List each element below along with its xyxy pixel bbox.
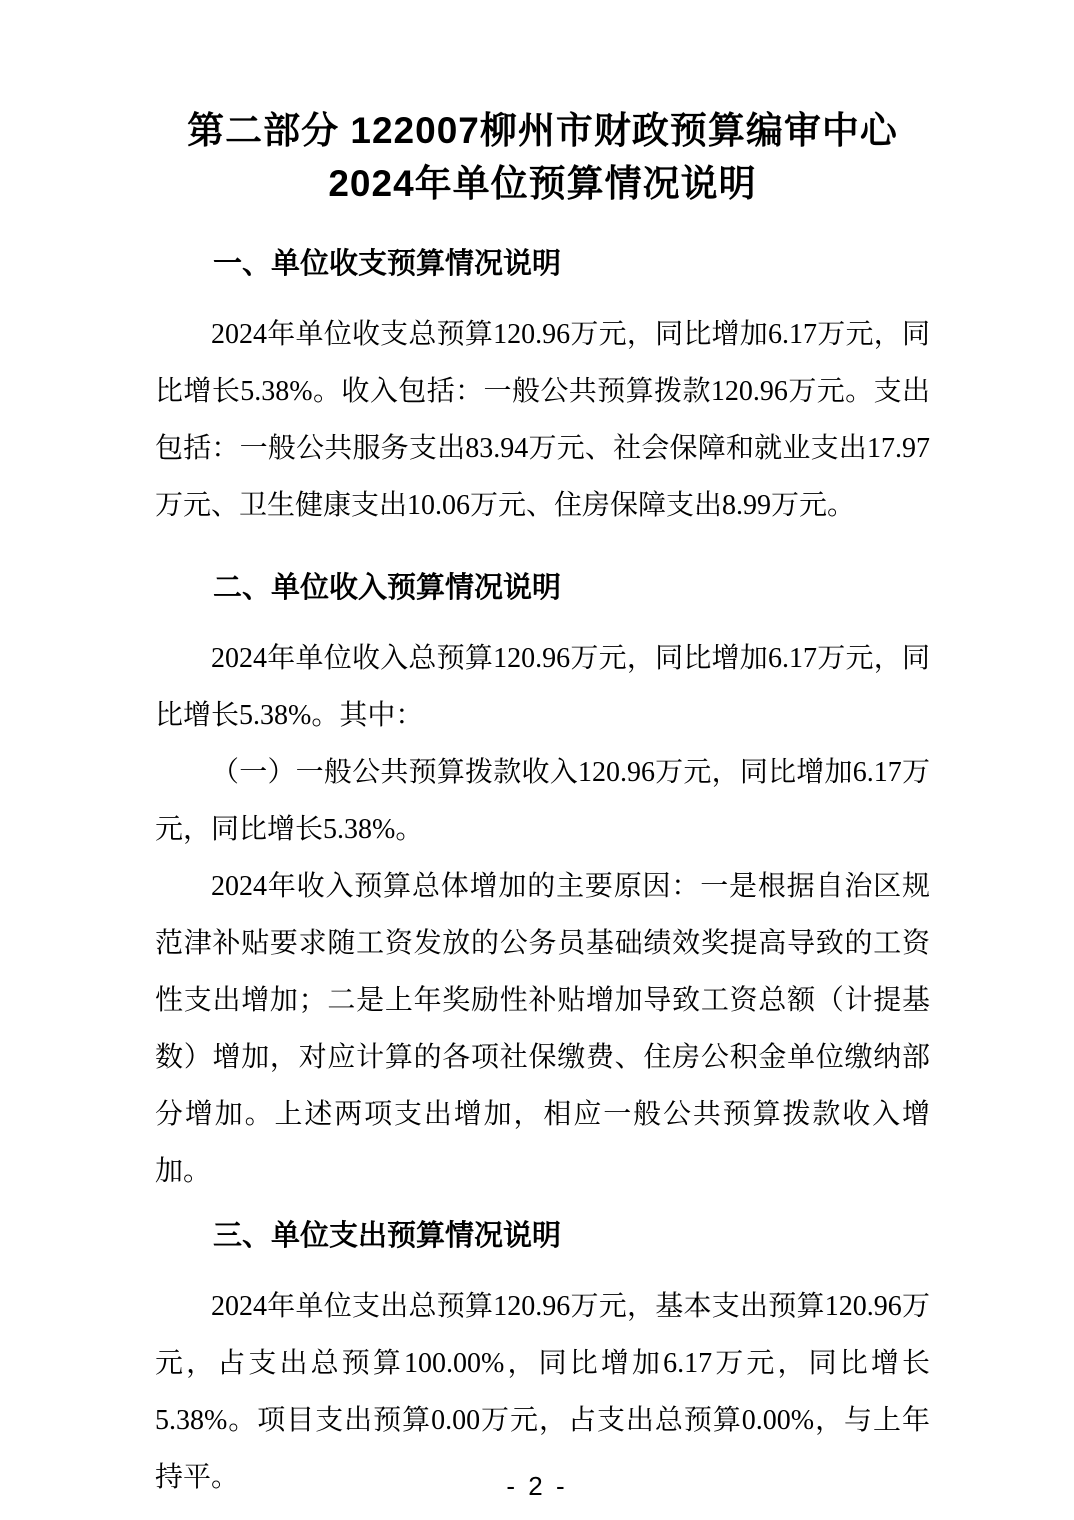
section-1-heading: 一、单位收支预算情况说明 — [155, 244, 930, 284]
document-title-line-2: 2024年单位预算情况说明 — [155, 157, 930, 210]
section-2-paragraph-3: 2024年收入预算总体增加的主要原因：一是根据自治区规范津补贴要求随工资发放的公… — [155, 858, 930, 1200]
document-page: 第二部分 122007柳州市财政预算编审中心 2024年单位预算情况说明 一、单… — [0, 0, 1074, 1520]
section-2-heading: 二、单位收入预算情况说明 — [155, 568, 930, 608]
section-3-heading: 三、单位支出预算情况说明 — [155, 1216, 930, 1256]
section-2-paragraph-1: 2024年单位收入总预算120.96万元，同比增加6.17万元，同比增长5.38… — [155, 630, 930, 744]
section-2-paragraph-2: （一）一般公共预算拨款收入120.96万元，同比增加6.17万元，同比增长5.3… — [155, 744, 930, 858]
document-title: 第二部分 122007柳州市财政预算编审中心 2024年单位预算情况说明 — [155, 104, 930, 210]
section-1-paragraph-1: 2024年单位收支总预算120.96万元，同比增加6.17万元，同比增长5.38… — [155, 306, 930, 534]
page-number: - 2 - — [0, 1471, 1074, 1502]
document-title-line-1: 第二部分 122007柳州市财政预算编审中心 — [155, 104, 930, 157]
